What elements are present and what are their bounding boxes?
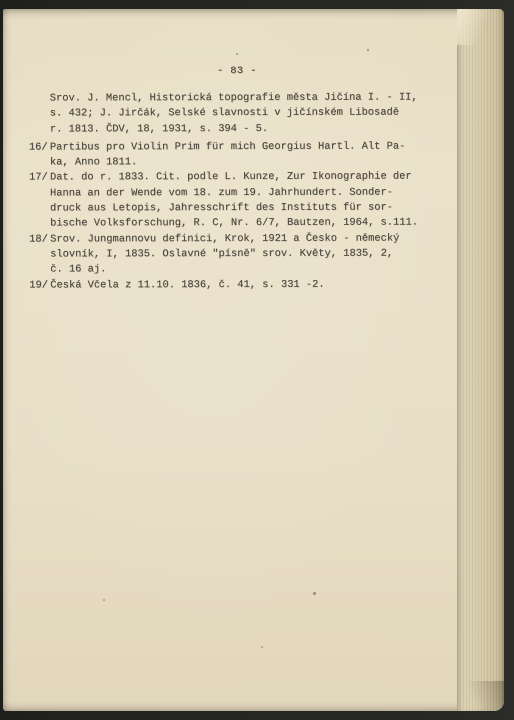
footnote-block-continuation: Srov. J. Mencl, Historická topografie mě… [29,90,454,137]
footnote-line: druck aus Letopis, Jahresschrift des Ins… [50,201,454,217]
footnote-block-19: 19/ Česká Včela z 11.10. 1836, č. 41, s.… [29,277,454,293]
fore-edge-top-bevel [457,9,504,45]
footnote-label: 16/ [29,140,50,155]
footnote-line: Hanna an der Wende vom 18. zum 19. Jahrh… [50,185,454,201]
footnote-lines: Dat. do r. 1833. Cit. podle L. Kunze, Zu… [50,170,454,232]
paper-speck [367,49,369,51]
footnote-lines: Česká Včela z 11.10. 1836, č. 41, s. 331… [50,277,454,293]
footnote-line: r. 1813. ČDV, 18, 1931, s. 394 - 5. [50,121,454,137]
footnote-block-18: 18/ Srov. Jungmannovu definici, Krok, 19… [29,231,454,278]
book-fore-edge [457,9,504,711]
footnote-line: s. 432; J. Jirčák, Selské slavnosti v ji… [50,106,454,122]
footnote-block-16: 16/ Partibus pro Violin Prim für mich Ge… [29,139,454,171]
footnote-lines: Srov. J. Mencl, Historická topografie mě… [50,90,454,137]
paper-speck [103,599,105,601]
photo-background: - 83 - Srov. J. Mencl, Historická topogr… [0,0,514,720]
footnote-label: 17/ [29,171,50,186]
footnote-label: 18/ [29,232,50,247]
footnote-label: 19/ [29,278,50,293]
footnote-line: č. 16 aj. [50,262,454,278]
footnote-line: Dat. do r. 1833. Cit. podle L. Kunze, Zu… [50,170,454,186]
fore-edge-bottom-shadow [457,681,504,711]
footnote-lines: Srov. Jungmannovu definici, Krok, 1921 a… [50,231,454,278]
footnote-line: Partibus pro Violin Prim für mich Georgi… [50,139,454,155]
footnote-line: Česká Včela z 11.10. 1836, č. 41, s. 331… [50,277,454,293]
paper-speck [261,646,263,648]
footnote-block-17: 17/ Dat. do r. 1833. Cit. podle L. Kunze… [29,170,454,232]
footnote-line: bische Volksforschung, R. C, Nr. 6/7, Ba… [50,216,454,232]
scanned-page: - 83 - Srov. J. Mencl, Historická topogr… [3,9,504,711]
footnote-line: ka, Anno 1811. [50,155,454,171]
page-number-header: - 83 - [217,65,257,77]
paper-speck [236,53,238,55]
paper-speck [313,592,316,595]
footnotes-text: Srov. J. Mencl, Historická topografie mě… [29,90,455,293]
footnote-line: Srov. J. Mencl, Historická topografie mě… [50,90,454,106]
footnote-line: slovník, I, 1835. Oslavné "písně" srov. … [50,246,454,262]
footnote-lines: Partibus pro Violin Prim für mich Georgi… [50,139,454,171]
footnote-line: Srov. Jungmannovu definici, Krok, 1921 a… [50,231,454,247]
